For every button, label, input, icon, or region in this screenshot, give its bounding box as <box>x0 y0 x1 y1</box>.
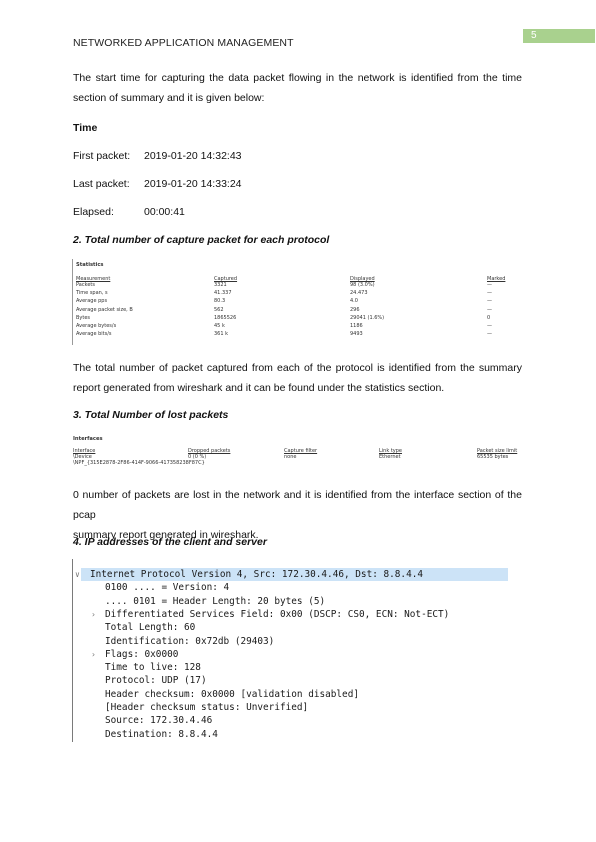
tree-item[interactable]: Destination: 8.8.4.4 <box>73 728 523 741</box>
tree-item-label: 0100 .... = Version: 4 <box>105 581 229 594</box>
tree-item[interactable]: Identification: 0x72db (29403) <box>73 635 523 648</box>
document-header-title: NETWORKED APPLICATION MANAGEMENT <box>73 37 294 49</box>
first-packet-value: 2019-01-20 14:32:43 <box>144 150 242 162</box>
tree-item-label: Protocol: UDP (17) <box>105 674 207 687</box>
statistics-cell: Bytes <box>76 315 90 321</box>
statistics-cell: 361 k <box>214 331 228 337</box>
tree-item-label: Destination: 8.8.4.4 <box>105 728 218 741</box>
intro-line-2: section of summary and it is given below… <box>73 88 522 108</box>
ip-packet-detail-screenshot: ∨Internet Protocol Version 4, Src: 172.3… <box>72 559 529 742</box>
statistics-cell: Packets <box>76 282 95 288</box>
section-3-line-1: 0 number of packets are lost in the netw… <box>73 485 522 525</box>
statistics-cell: 24.473 <box>350 290 368 296</box>
statistics-cell: Time span, s <box>76 290 108 296</box>
statistics-cell: — <box>487 323 492 329</box>
tree-item[interactable]: .... 0101 = Header Length: 20 bytes (5) <box>73 595 523 608</box>
statistics-row: Average packet size, B562296— <box>76 307 521 314</box>
tree-item-label: Flags: 0x0000 <box>105 648 178 661</box>
statistics-row: Packets332198 (3.0%)— <box>76 282 521 289</box>
statistics-cell: Average bytes/s <box>76 323 116 329</box>
elapsed-row: Elapsed:00:00:41 <box>73 206 185 218</box>
statistics-cell: 41.337 <box>214 290 232 296</box>
tree-item-label: [Header checksum status: Unverified] <box>105 701 308 714</box>
statistics-cell: Average packet size, B <box>76 307 133 313</box>
tree-item-label: .... 0101 = Header Length: 20 bytes (5) <box>105 595 325 608</box>
statistics-cell: 29041 (1.6%) <box>350 315 384 321</box>
last-packet-label: Last packet: <box>73 178 144 190</box>
statistics-cell: 296 <box>350 307 360 313</box>
tree-item-label: Internet Protocol Version 4, Src: 172.30… <box>90 568 423 581</box>
last-packet-row: Last packet:2019-01-20 14:33:24 <box>73 178 242 190</box>
time-heading: Time <box>73 122 97 134</box>
statistics-row: Average bytes/s45 k1186— <box>76 323 521 330</box>
section-2-line-2: report generated from wireshark and it c… <box>73 378 522 398</box>
statistics-cell: 45 k <box>214 323 225 329</box>
chevron-right-icon[interactable]: › <box>91 648 96 661</box>
interfaces-title: Interfaces <box>73 436 103 442</box>
statistics-cell: 4.0 <box>350 298 358 304</box>
statistics-cell: 98 (3.0%) <box>350 282 375 288</box>
section-2-line-1: The total number of packet captured from… <box>73 358 522 378</box>
first-packet-label: First packet: <box>73 150 144 162</box>
chevron-right-icon[interactable]: › <box>91 608 96 621</box>
last-packet-value: 2019-01-20 14:33:24 <box>144 178 242 190</box>
tree-item-label: Differentiated Services Field: 0x00 (DSC… <box>105 608 449 621</box>
statistics-row: Average bits/s361 k9493— <box>76 331 521 338</box>
page-number-badge: 5 <box>523 29 595 43</box>
tree-item[interactable]: Time to live: 128 <box>73 661 523 674</box>
statistics-cell: Average bits/s <box>76 331 112 337</box>
tree-item-label: Total Length: 60 <box>105 621 195 634</box>
statistics-title: Statistics <box>76 262 103 268</box>
statistics-cell: 1186 <box>350 323 363 329</box>
tree-item-label: Source: 172.30.4.46 <box>105 714 212 727</box>
tree-item-selected[interactable]: ∨Internet Protocol Version 4, Src: 172.3… <box>81 568 508 581</box>
statistics-cell: 9493 <box>350 331 363 337</box>
interfaces-cell: \NPF_{315E2878-2F86-414F-9066-417358238F… <box>73 460 205 466</box>
statistics-row: Average pps80.34.0— <box>76 298 521 305</box>
intro-paragraph: The start time for capturing the data pa… <box>73 68 522 108</box>
chevron-down-icon[interactable]: ∨ <box>75 568 80 581</box>
tree-item[interactable]: ›Flags: 0x0000 <box>73 648 523 661</box>
elapsed-label: Elapsed: <box>73 206 144 218</box>
statistics-row: Bytes186552629041 (1.6%)0 <box>76 315 521 322</box>
section-3-heading: 3. Total Number of lost packets <box>73 409 228 421</box>
statistics-cell: — <box>487 290 492 296</box>
statistics-cell: 80.3 <box>214 298 225 304</box>
tree-item-label: Header checksum: 0x0000 [validation disa… <box>105 688 359 701</box>
statistics-cell: 0 <box>487 315 490 321</box>
statistics-cell: 1865526 <box>214 315 236 321</box>
tree-item[interactable]: Protocol: UDP (17) <box>73 674 523 687</box>
section-4-heading: 4. IP addresses of the client and server <box>73 536 267 548</box>
tree-item[interactable]: ›Differentiated Services Field: 0x00 (DS… <box>73 608 523 621</box>
first-packet-row: First packet:2019-01-20 14:32:43 <box>73 150 242 162</box>
tree-item[interactable]: [Header checksum status: Unverified] <box>73 701 523 714</box>
intro-line-1: The start time for capturing the data pa… <box>73 68 522 88</box>
statistics-cell: 562 <box>214 307 224 313</box>
statistics-cell: — <box>487 298 492 304</box>
statistics-cell: Average pps <box>76 298 107 304</box>
statistics-row: Time span, s41.33724.473— <box>76 290 521 297</box>
statistics-cell: — <box>487 331 492 337</box>
section-2-paragraph: The total number of packet captured from… <box>73 358 522 398</box>
tree-item[interactable]: Header checksum: 0x0000 [validation disa… <box>73 688 523 701</box>
tree-item[interactable]: Source: 172.30.4.46 <box>73 714 523 727</box>
tree-item[interactable]: 0100 .... = Version: 4 <box>73 581 523 594</box>
elapsed-value: 00:00:41 <box>144 206 185 218</box>
statistics-cell: 3321 <box>214 282 227 288</box>
statistics-cell: — <box>487 307 492 313</box>
interfaces-screenshot: Interfaces InterfaceDropped packetsCaptu… <box>72 436 524 470</box>
section-2-heading: 2. Total number of capture packet for ea… <box>73 234 329 246</box>
tree-item-label: Identification: 0x72db (29403) <box>105 635 274 648</box>
tree-item-label: Time to live: 128 <box>105 661 201 674</box>
tree-item[interactable]: Total Length: 60 <box>73 621 523 634</box>
interfaces-row-continuation: \NPF_{315E2878-2F86-414F-9066-417358238F… <box>73 460 523 467</box>
statistics-screenshot: Statistics MeasurementCapturedDisplayedM… <box>72 259 525 345</box>
statistics-cell: — <box>487 282 492 288</box>
